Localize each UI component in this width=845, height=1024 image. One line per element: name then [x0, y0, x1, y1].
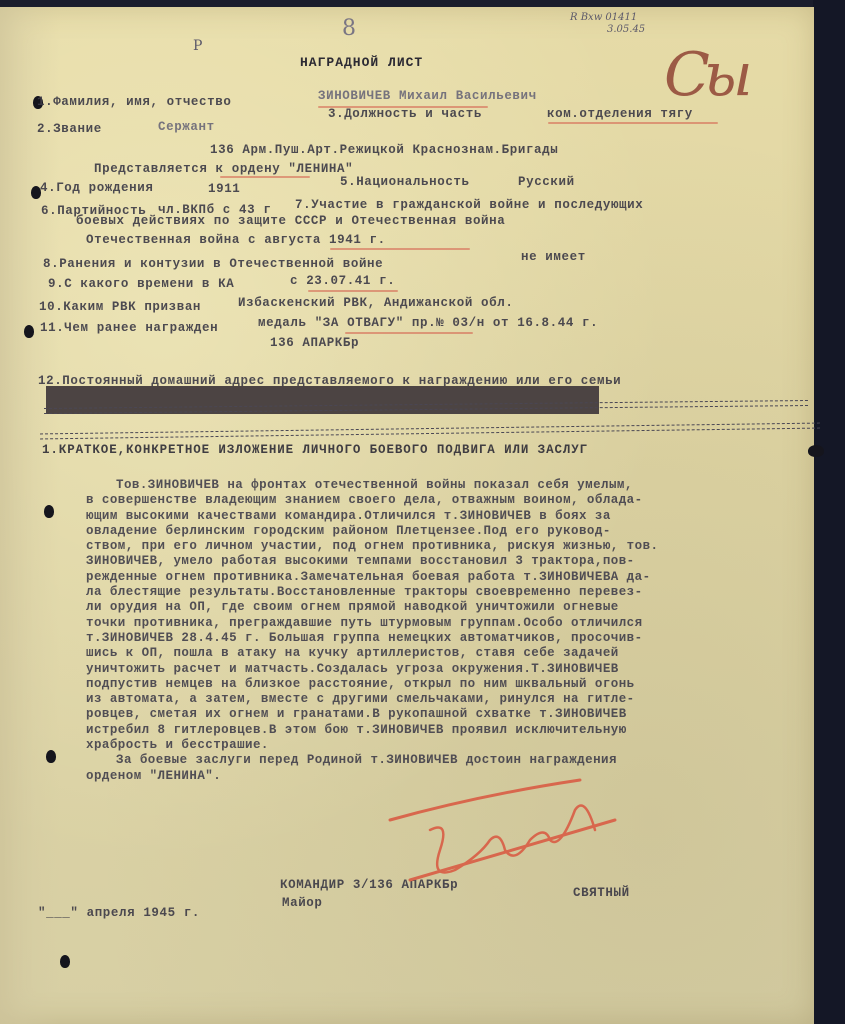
- narrative-line: ющим высокими качествами командира.Отлич…: [86, 509, 659, 524]
- punch-hole-icon: [60, 955, 70, 968]
- field-1-value: ЗИНОВИЧЕВ Михаил Васильевич: [318, 89, 537, 103]
- section-heading: 1.КРАТКОЕ,КОНКРЕТНОЕ ИЗЛОЖЕНИЕ ЛИЧНОГО Б…: [42, 443, 588, 457]
- field-7-label-cont: боевых действиях по защите СССР и Отечес…: [76, 214, 505, 228]
- narrative-line: овладение берлинским городским районом П…: [86, 524, 659, 539]
- narrative-line: точки противника, преграждавшие путь шту…: [86, 616, 659, 631]
- narrative-line: ли орудия на ОП, где своим огнем прямой …: [86, 600, 659, 615]
- field-7-value: Отечественная война с августа 1941 г.: [86, 233, 386, 247]
- narrative-line: режденные огнем противника.Замечательная…: [86, 570, 659, 585]
- red-underline: [308, 290, 398, 292]
- field-10-label: 10.Каким РВК призван: [39, 300, 201, 314]
- narrative-line: ЗИНОВИЧЕВ, умело работая высокими темпам…: [86, 554, 659, 569]
- field-5-value: Русский: [518, 175, 575, 189]
- scan-right-edge: [813, 0, 845, 1024]
- narrative-line: уничтожить расчет и матчасть.Создалась у…: [86, 662, 659, 677]
- field-11-unit: 136 АПАРКБр: [270, 336, 359, 350]
- narrative-line: храбрость и бесстрашие.: [86, 738, 659, 753]
- field-8-value: не имеет: [521, 250, 586, 264]
- narrative-line: из автомата, а затем, вместе с другими с…: [86, 692, 659, 707]
- field-9-label: 9.С какого времени в КА: [48, 277, 234, 291]
- field-3-value: ком.отделения тягу: [547, 107, 693, 121]
- narrative-line: т.ЗИНОВИЧЕВ 28.4.45 г. Большая группа не…: [86, 631, 659, 646]
- approval-mark: Сы: [664, 40, 747, 110]
- narrative-line: истребил 8 гитлеровцев.В этом бою т.ЗИНО…: [86, 723, 659, 738]
- punch-hole-icon: [46, 750, 56, 763]
- field-1-label: 1.Фамилия, имя, отчество: [37, 95, 231, 109]
- punch-hole-icon: [24, 325, 34, 338]
- page-title: НАГРАДНОЙ ЛИСТ: [300, 55, 423, 70]
- signature-date: "___" апреля 1945 г.: [38, 906, 200, 920]
- narrative-line: подпустив немцев на близкое расстояние, …: [86, 677, 659, 692]
- signer-rank: Майор: [282, 896, 323, 910]
- corner-mark: Р: [193, 38, 202, 54]
- field-9-value: с 23.07.41 г.: [290, 274, 395, 288]
- field-3-unit: 136 Арм.Пуш.Арт.Режицкой Краснознам.Бриг…: [210, 143, 558, 157]
- ink-blot-icon: [808, 445, 824, 457]
- field-2-label: 2.Звание: [37, 122, 102, 136]
- red-underline: [330, 248, 470, 250]
- field-11-label: 11.Чем ранее награжден: [40, 321, 218, 335]
- narrative-text: Тов.ЗИНОВИЧЕВ на фронтах отечественной в…: [86, 478, 659, 784]
- field-11-value: медаль "ЗА ОТВАГУ" пр.№ 03/н от 16.8.44 …: [258, 316, 598, 330]
- field-2-value: Сержант: [158, 120, 215, 134]
- narrative-line: ровцев, сметая их огнем и гранатами.В ру…: [86, 707, 659, 722]
- narrative-line: ла блестящие результаты.Восстановленные …: [86, 585, 659, 600]
- narrative-line: ством, при его личном участии, под огнем…: [86, 539, 659, 554]
- field-4-label: 4.Год рождения: [40, 181, 153, 195]
- punch-hole-icon: [44, 505, 54, 518]
- narrative-line: Тов.ЗИНОВИЧЕВ на фронтах отечественной в…: [86, 478, 659, 493]
- archive-date: 3.05.45: [607, 24, 645, 35]
- archive-note: R Bxw 01411: [570, 12, 637, 23]
- red-underline: [548, 122, 718, 124]
- narrative-line: шись к ОП, пошла в атаку на кучку артилл…: [86, 646, 659, 661]
- field-4-value: 1911: [208, 182, 240, 196]
- conclusion-line: За боевые заслуги перед Родиной т.ЗИНОВИ…: [86, 753, 659, 768]
- field-5-label: 5.Национальность: [340, 175, 470, 189]
- red-signature-icon: [370, 770, 650, 890]
- field-3-label: 3.Должность и часть: [328, 107, 482, 121]
- narrative-line: в совершенстве владеющим знанием своего …: [86, 493, 659, 508]
- nomination-text: Представляется к ордену "ЛЕНИНА": [94, 162, 353, 176]
- field-10-value: Избаскенский РВК, Андижанской обл.: [238, 296, 513, 310]
- red-underline: [220, 176, 310, 178]
- page-mark: 8: [342, 16, 356, 41]
- field-7-label: 7.Участие в гражданской войне и последую…: [295, 198, 643, 212]
- red-underline: [345, 332, 473, 334]
- field-8-label: 8.Ранения и контузии в Отечественной вой…: [43, 257, 383, 271]
